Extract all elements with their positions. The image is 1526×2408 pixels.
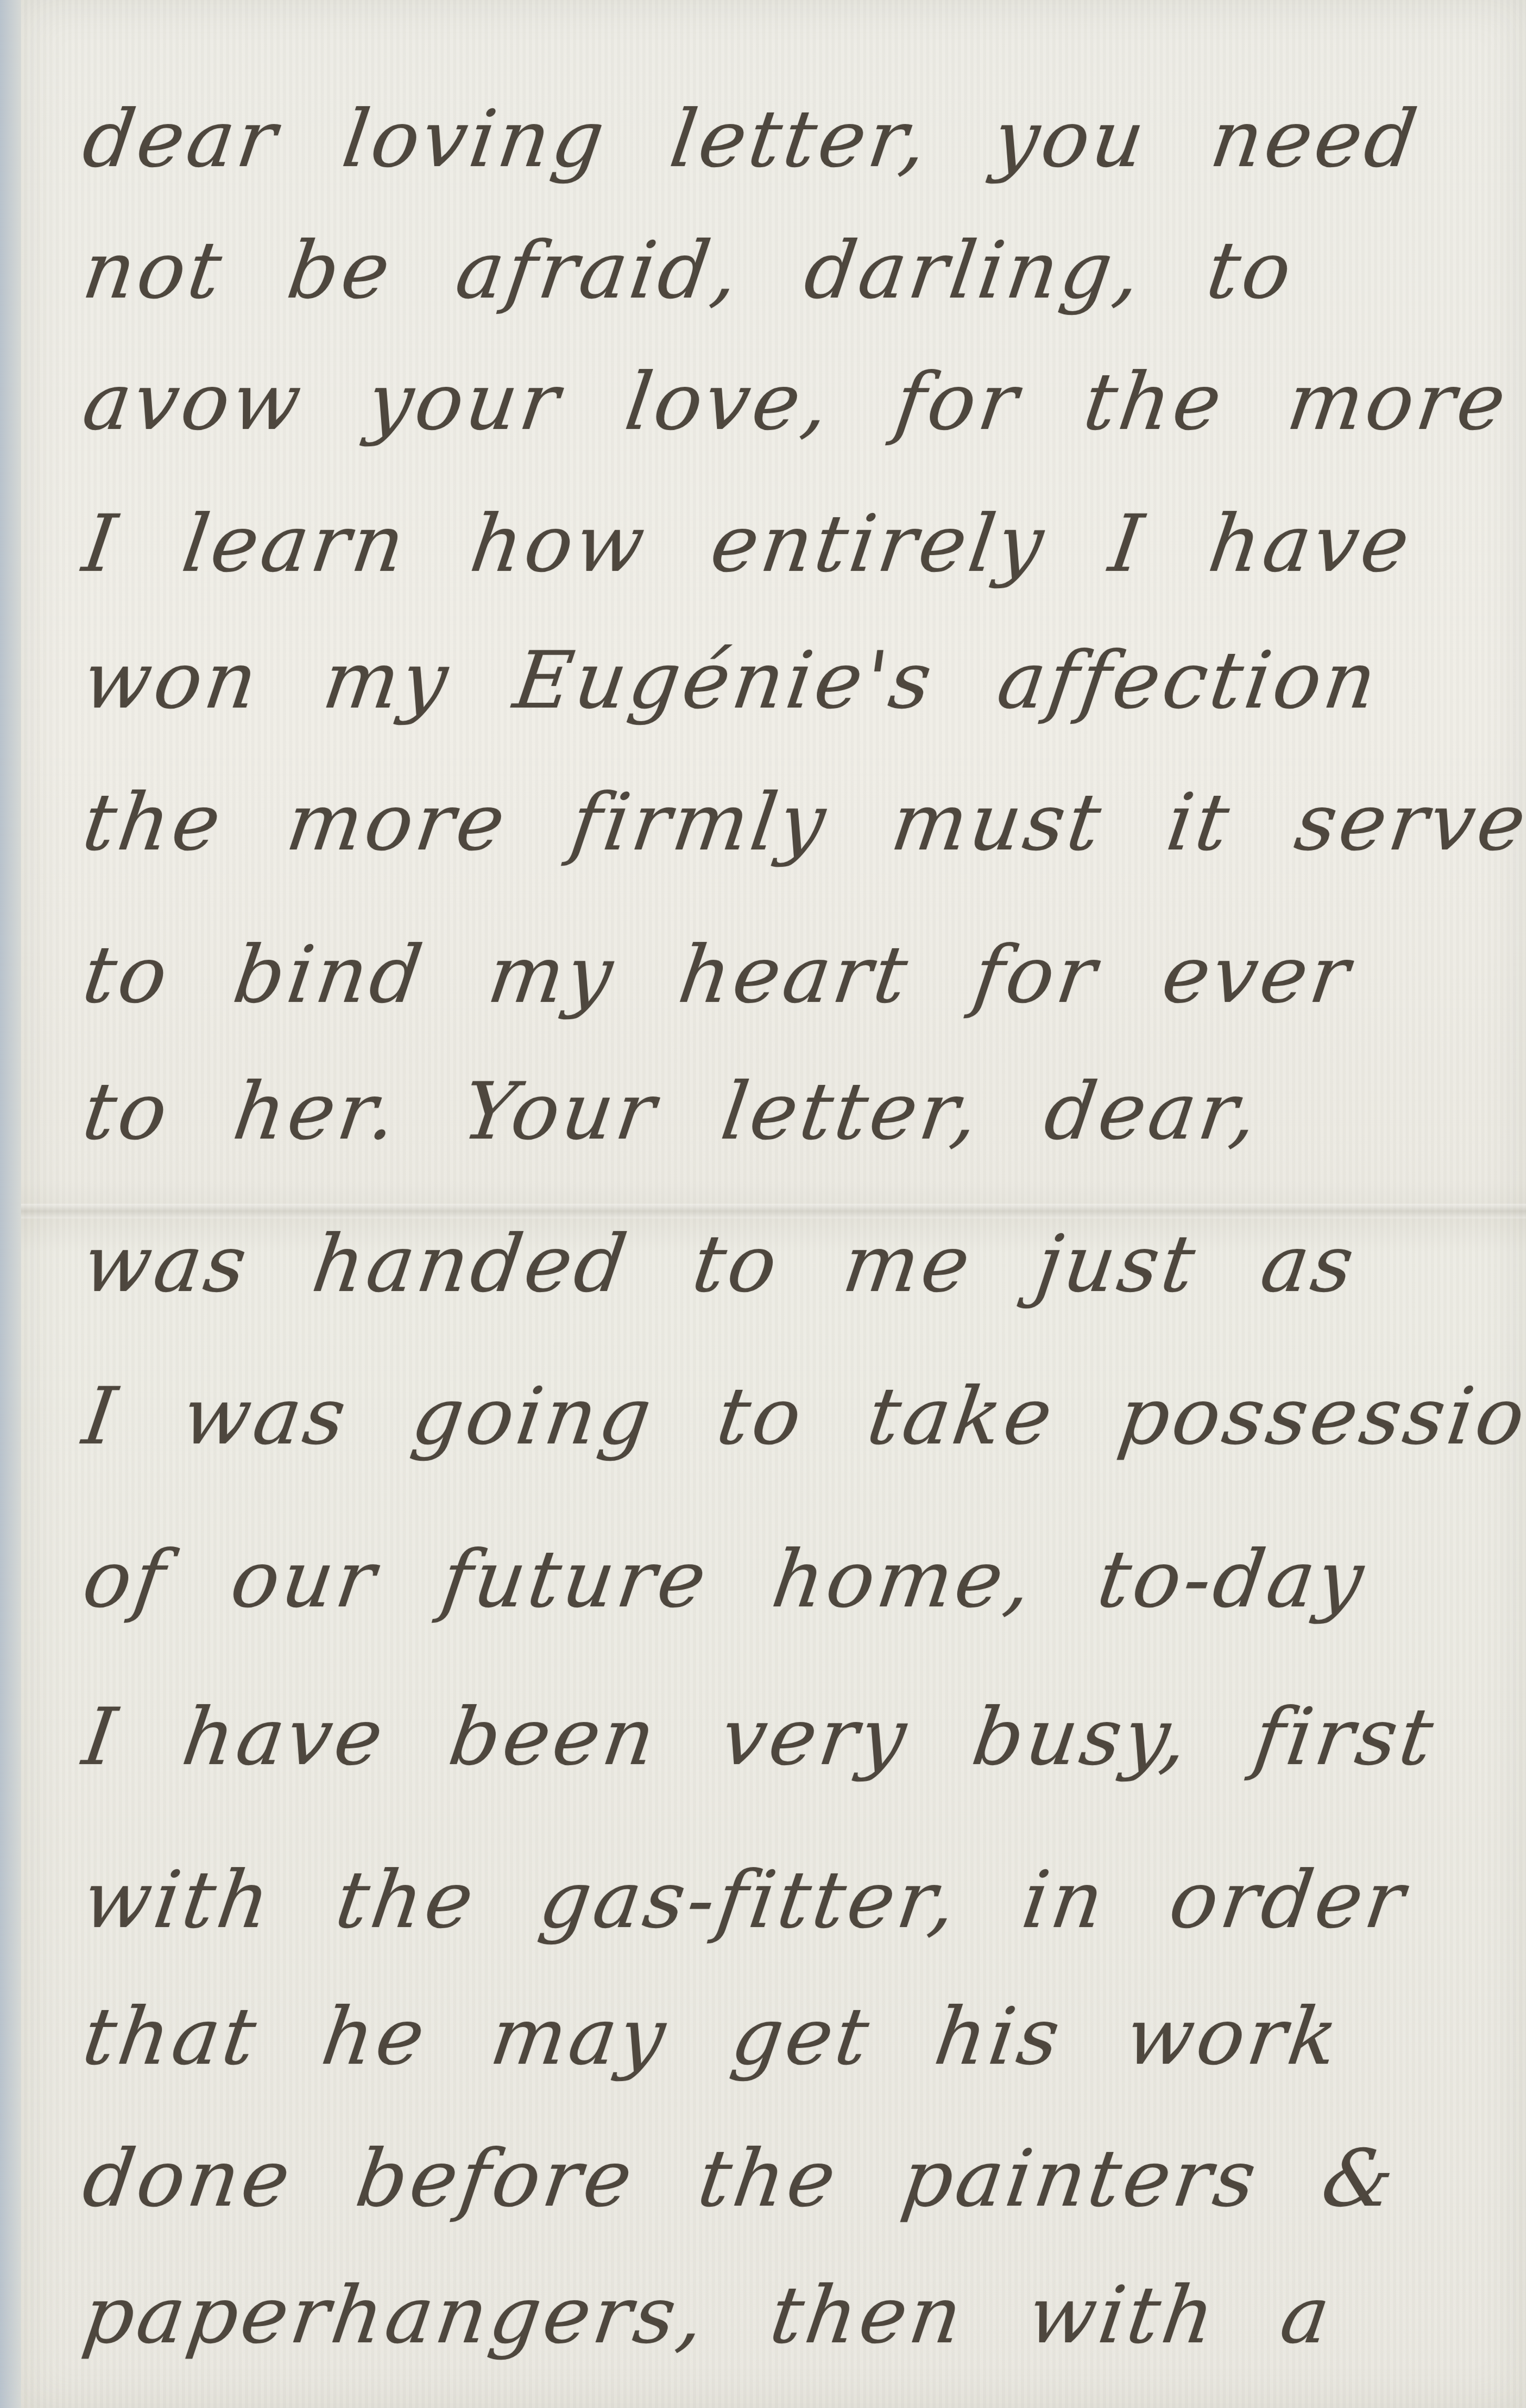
paper-fold xyxy=(21,1204,1526,1218)
letter-line: was handed to me just as xyxy=(78,1225,1489,1304)
letter-line: avow your love, for the more xyxy=(78,363,1489,442)
letter-line: done before the painters & xyxy=(78,2139,1489,2218)
letter-line: with the gas-fitter, in order xyxy=(78,1861,1489,1940)
letter-line: to bind my heart for ever xyxy=(78,936,1489,1015)
letter-line: of our future home, to-day xyxy=(78,1540,1489,1619)
letter-line: that he may get his work xyxy=(78,1997,1489,2076)
letter-line: I have been very busy, first xyxy=(78,1698,1489,1777)
letter-line: dear loving letter, you need xyxy=(78,100,1489,179)
letter-line: I was going to take possession xyxy=(78,1377,1489,1456)
scan-left-edge xyxy=(0,0,21,2408)
letter-line: the more firmly must it serve xyxy=(78,783,1489,862)
letter-line: to her. Your letter, dear, xyxy=(78,1072,1489,1151)
letter-line: paperhangers, then with a xyxy=(78,2276,1489,2355)
letter-line: not be afraid, darling, to xyxy=(78,231,1489,310)
letter-page: dear loving letter, you need not be afra… xyxy=(21,0,1526,2408)
letter-line: I learn how entirely I have xyxy=(78,505,1489,583)
letter-line: won my Eugénie's affection xyxy=(78,641,1489,720)
